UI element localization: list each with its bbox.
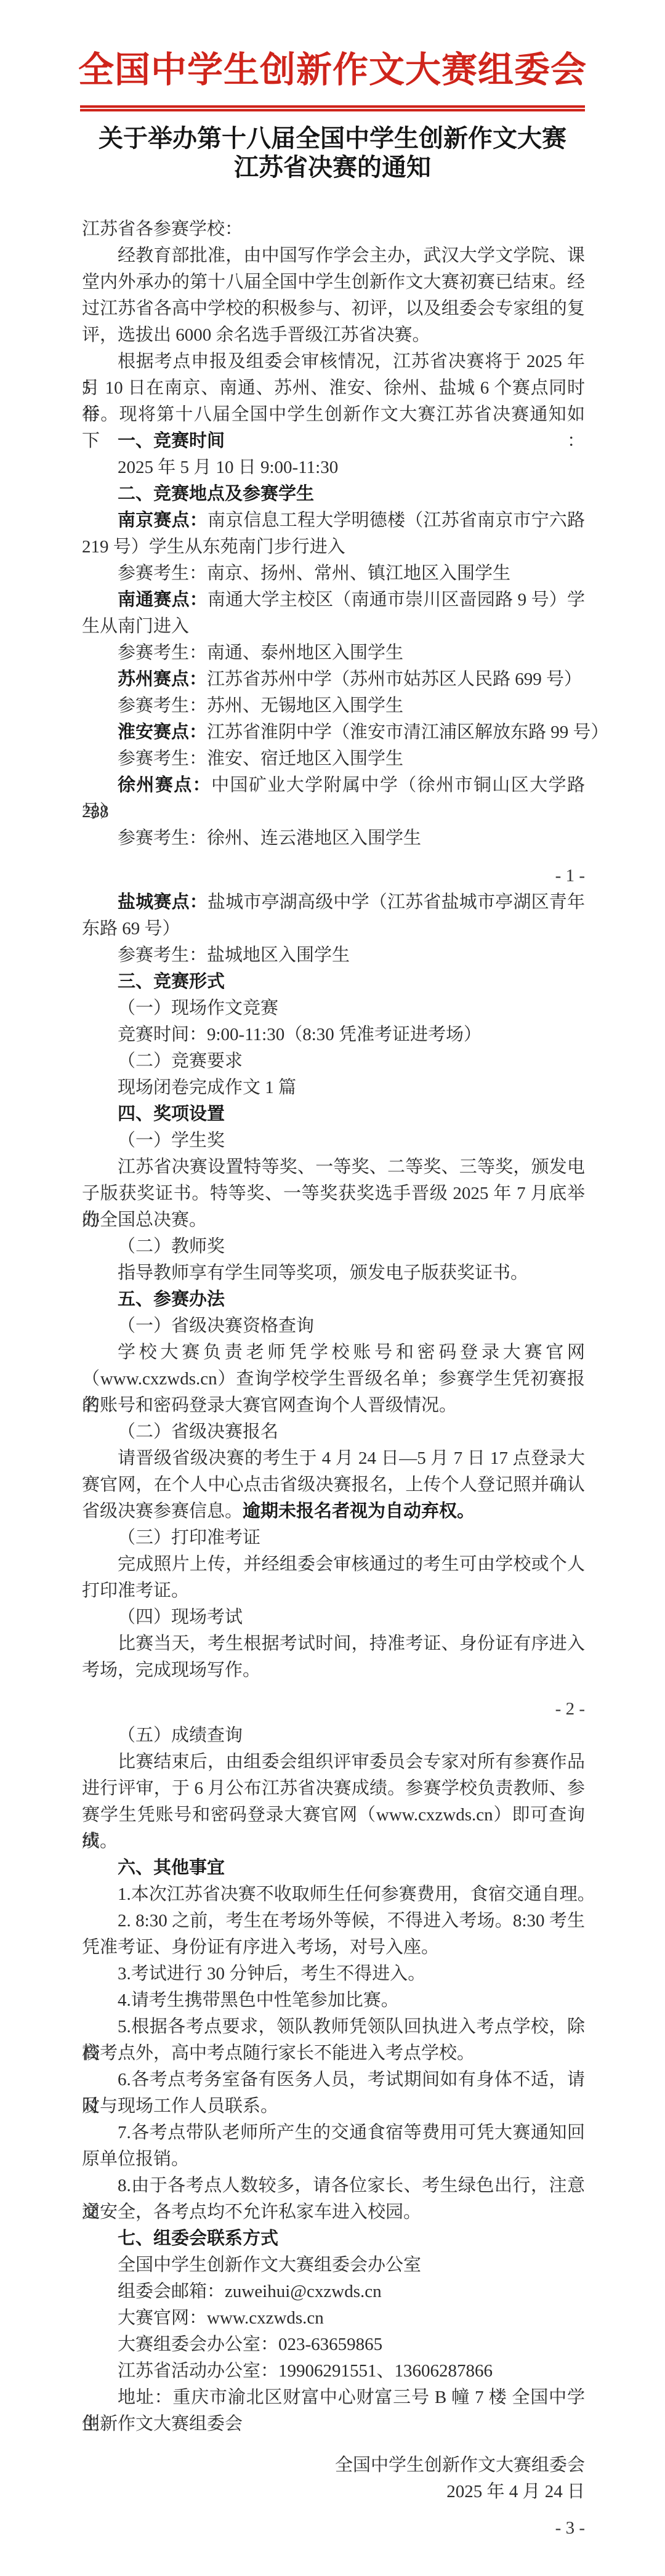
text-line: 江苏省决赛设置特等奖、一等奖、二等奖、三等奖，颁发电 (82, 1154, 585, 1181)
text-run: 1.本次江苏省决赛不收取师生任何参赛费用，食宿交通自理。 (118, 1884, 595, 1904)
text-run: - 2 - (555, 1699, 585, 1719)
text-line: 赛官网，在个人中心点击省级决赛报名，上传个人登记照并确认 (82, 1472, 585, 1498)
text-line: 大赛官网：www.cxzwds.cn (82, 2305, 585, 2332)
text-line: 比赛结束后，由组委会组织评审委员会专家对所有参赛作品 (82, 1749, 585, 1775)
text-line: 淮安赛点：江苏省淮阴中学（淮安市清江浦区解放东路 99 号） (82, 719, 585, 746)
bold-run: 苏州赛点： (118, 669, 207, 689)
text-run: 大赛组委会办公室：023-63659865 (118, 2335, 382, 2354)
text-run: 参赛考生：南通、泰州地区入围学生 (118, 643, 403, 663)
text-line: 通安全，各考点均不允许私家车进入校园。 (82, 2199, 585, 2226)
text-run: - 3 - (555, 2518, 585, 2538)
text-line: 现场闭卷完成作文 1 篇 (82, 1075, 585, 1101)
text-line: 省级决赛参赛信息。逾期未报名者视为自动弃权。 (82, 1498, 585, 1525)
text-run: 南通大学主校区（南通市崇川区啬园路 9 号）学 (208, 590, 585, 610)
text-run: - 1 - (555, 866, 585, 886)
text-line: 1.本次江苏省决赛不收取师生任何参赛费用，食宿交通自理。 (82, 1881, 585, 1908)
text-run: 大赛官网：www.cxzwds.cn (118, 2308, 324, 2328)
text-line: 的全国总决赛。 (82, 1207, 585, 1233)
text-run: 参赛考生：南京、扬州、常州、镇江地区入围学生 (118, 563, 510, 583)
text-line: 根据考点申报及组委会审核情况，江苏省决赛将于 2025 年 5 (82, 349, 585, 375)
text-run: 参赛考生：盐城地区入围学生 (118, 945, 350, 965)
text-run: 的全国总决赛。 (82, 1210, 207, 1230)
bold-run: 盐城赛点： (118, 892, 208, 912)
bold-run: 逾期未报名者视为自动弃权。 (243, 1501, 475, 1521)
text-line: （五）成绩查询 (82, 1722, 585, 1749)
notice-title: 关于举办第十八届全国中学生创新作文大赛 江苏省决赛的通知 (0, 124, 665, 182)
text-line: （二）教师奖 (82, 1233, 585, 1260)
signature-line: 全国中学生创新作文大赛组委会 (82, 2452, 585, 2479)
text-line: 5.根据各考点要求，领队教师凭领队回执进入考点学校，除高 (82, 2014, 585, 2040)
text-line: 经教育部批准，由中国写作学会主办，武汉大学文学院、课 (82, 243, 585, 269)
page-number: - 2 - (82, 1696, 585, 1722)
text-line: （四）现场考试 (82, 1604, 585, 1631)
text-run: 东路 69 号） (82, 919, 180, 939)
text-line: 2. 8:30 之前，考生在考场外等候，不得进入考场。8:30 考生 (82, 1908, 585, 1934)
document-body: 江苏省各参赛学校：经教育部批准，由中国写作学会主办，武汉大学文学院、课堂内外承办… (0, 216, 665, 2542)
text-line: 进行评审，于 6 月公布江苏省决赛成绩。参赛学校负责教师、参 (82, 1775, 585, 1802)
text-run: 号） (82, 802, 118, 822)
text-line: 请晋级省级决赛的考生于 4 月 24 日—5 月 7 日 17 点登录大 (82, 1445, 585, 1472)
section-heading: 七、组委会联系方式 (82, 2226, 585, 2252)
text-line: 参赛考生：徐州、连云港地区入围学生 (82, 825, 585, 852)
text-run: 南京信息工程大学明德楼（江苏省南京市宁六路 (208, 511, 585, 530)
text-run: 江苏省各参赛学校： (82, 219, 243, 239)
text-run: 通安全，各考点均不允许私家车进入校园。 (82, 2202, 421, 2222)
text-run: 竞赛时间：9:00-11:30（8:30 凭准考证进考场） (118, 1025, 482, 1044)
text-run: 评，选拔出 6000 余名选手晋级江苏省决赛。 (82, 325, 430, 345)
text-line: 考场，完成现场写作。 (82, 1657, 585, 1684)
text-line: 行。现将第十八届全国中学生创新作文大赛江苏省决赛通知如下： (82, 402, 585, 428)
text-line: 子版获奖证书。特等奖、一等奖获奖选手晋级 2025 年 7 月底举办 (82, 1181, 585, 1207)
text-run: 堂内外承办的第十八届全国中学生创新作文大赛初赛已结束。经 (82, 272, 585, 292)
text-run: 全国中学生创新作文大赛组委会 (335, 2455, 585, 2475)
text-line: 指导教师享有学生同等奖项，颁发电子版获奖证书。 (82, 1260, 585, 1286)
section-heading: 三、竞赛形式 (82, 969, 585, 995)
text-run: 3.考试进行 30 分钟后，考生不得进入。 (118, 1964, 425, 1984)
notice-title-line1: 关于举办第十八届全国中学生创新作文大赛 (0, 124, 665, 153)
text-run: （二）省级决赛报名 (118, 1422, 278, 1442)
text-line: 的账号和密码登录大赛官网查询个人晋级情况。 (82, 1392, 585, 1419)
text-line: 参赛考生：南京、扬州、常州、镇江地区入围学生 (82, 560, 585, 587)
section-heading: 五、参赛办法 (82, 1286, 585, 1313)
text-run: （二）教师奖 (118, 1237, 225, 1256)
text-run: 创新作文大赛组委会 (82, 2414, 243, 2434)
text-run: 2. 8:30 之前，考生在考场外等候，不得进入考场。8:30 考生 (118, 1911, 585, 1931)
document-page: 全国中学生创新作文大赛组委会 关于举办第十八届全国中学生创新作文大赛 江苏省决赛… (0, 0, 665, 2576)
text-line: 评，选拔出 6000 余名选手晋级江苏省决赛。 (82, 322, 585, 349)
text-run: 校考点外，高中考点随行家长不能进入考点学校。 (82, 2043, 475, 2063)
signature-line: 2025 年 4 月 24 日 (82, 2479, 585, 2505)
text-run: 全国中学生创新作文大赛组委会办公室 (118, 2255, 421, 2275)
text-line: 比赛当天，考生根据考试时间，持准考证、身份证有序进入 (82, 1631, 585, 1657)
text-line: 校考点外，高中考点随行家长不能进入考点学校。 (82, 2040, 585, 2067)
text-run: 过江苏省各高中学校的积极参与、初评，以及组委会专家组的复 (82, 299, 585, 318)
text-run: （四）现场考试 (118, 1607, 243, 1627)
text-line: 参赛考生：盐城地区入围学生 (82, 942, 585, 969)
text-run: 组委会邮箱：zuweihui@cxzwds.cn (118, 2282, 382, 2301)
text-line: 时与现场工作人员联系。 (82, 2093, 585, 2120)
text-line: （www.cxzwds.cn）查询学校学生晋级名单；参赛学生凭初赛报名 (82, 1366, 585, 1392)
text-line: 8.由于各考点人数较多，请各位家长、考生绿色出行，注意交 (82, 2173, 585, 2199)
text-run: （二）竞赛要求 (118, 1051, 243, 1071)
bold-run: 南通赛点： (118, 590, 208, 610)
text-run: 2025 年 4 月 24 日 (446, 2482, 585, 2501)
red-divider (80, 105, 585, 111)
text-line: （一）现场作文竞赛 (82, 995, 585, 1022)
text-run: 经教育部批准，由中国写作学会主办，武汉大学文学院、课 (118, 246, 585, 265)
text-run: 进行评审，于 6 月公布江苏省决赛成绩。参赛学校负责教师、参 (82, 1779, 585, 1798)
page-number: - 1 - (82, 863, 585, 889)
text-run: （一）省级决赛资格查询 (118, 1316, 314, 1336)
text-line: 苏州赛点：江苏省苏州中学（苏州市姑苏区人民路 699 号） (82, 666, 585, 693)
text-line: 219 号）学生从东苑南门步行进入 (82, 534, 585, 560)
text-line: 完成照片上传，并经组委会审核通过的考生可由学校或个人 (82, 1551, 585, 1578)
text-run: 参赛考生：徐州、连云港地区入围学生 (118, 828, 421, 848)
text-run: 四、奖项设置 (118, 1104, 225, 1124)
text-run: 指导教师享有学生同等奖项，颁发电子版获奖证书。 (118, 1263, 528, 1283)
text-run: 省级决赛参赛信息。 (82, 1501, 243, 1521)
text-line: 堂内外承办的第十八届全国中学生创新作文大赛初赛已结束。经 (82, 269, 585, 296)
text-run: 比赛结束后，由组委会组织评审委员会专家对所有参赛作品 (118, 1752, 585, 1772)
text-run: 七、组委会联系方式 (118, 2229, 278, 2248)
section-heading: 四、奖项设置 (82, 1101, 585, 1128)
section-heading: 六、其他事宜 (82, 1855, 585, 1881)
bold-run: 徐州赛点： (118, 775, 211, 795)
text-line: 生从南门进入 (82, 613, 585, 640)
text-line: 江苏省各参赛学校： (82, 216, 585, 243)
text-line: 绩。 (82, 1828, 585, 1855)
text-line: 徐州赛点：中国矿业大学附属中学（徐州市铜山区大学路 288 (82, 772, 585, 799)
text-line: 参赛考生：淮安、宿迁地区入围学生 (82, 746, 585, 772)
text-run: 三、竞赛形式 (118, 972, 225, 991)
text-line: 4.请考生携带黑色中性笔参加比赛。 (82, 1987, 585, 2014)
text-line: 参赛考生：苏州、无锡地区入围学生 (82, 693, 585, 719)
text-run: 绩。 (82, 1831, 118, 1851)
text-run: 学校大赛负责老师凭学校账号和密码登录大赛官网 (118, 1343, 585, 1362)
notice-title-line2: 江苏省决赛的通知 (0, 153, 665, 182)
text-run: 盐城市亭湖高级中学（江苏省盐城市亭湖区青年 (208, 892, 585, 912)
page-number: - 3 - (82, 2515, 585, 2542)
text-run: 完成照片上传，并经组委会审核通过的考生可由学校或个人 (118, 1554, 585, 1574)
text-line: 南通赛点：南通大学主校区（南通市崇川区啬园路 9 号）学 (82, 587, 585, 613)
text-line: 地址：重庆市渝北区财富中心财富三号 B 幢 7 楼 全国中学生 (82, 2384, 585, 2411)
text-run: 比赛当天，考生根据考试时间，持准考证、身份证有序进入 (118, 1634, 585, 1653)
text-run: 打印准考证。 (82, 1581, 189, 1601)
text-run: 江苏省苏州中学（苏州市姑苏区人民路 699 号） (207, 669, 582, 689)
text-line: 6.各考点考务室备有医务人员，考试期间如有身体不适，请及 (82, 2067, 585, 2093)
text-run: 请晋级省级决赛的考生于 4 月 24 日—5 月 7 日 17 点登录大 (118, 1448, 585, 1468)
text-line: （一）学生奖 (82, 1128, 585, 1154)
bold-run: 淮安赛点： (118, 722, 207, 742)
text-run: 赛官网，在个人中心点击省级决赛报名，上传个人登记照并确认 (82, 1475, 585, 1495)
text-run: （一）学生奖 (118, 1131, 225, 1150)
text-run: 生从南门进入 (82, 616, 189, 636)
text-run: 2025 年 5 月 10 日 9:00-11:30 (118, 458, 338, 477)
text-run: 江苏省决赛设置特等奖、一等奖、二等奖、三等奖，颁发电 (118, 1157, 585, 1177)
text-run: 7.各考点带队老师所产生的交通食宿等费用可凭大赛通知回 (118, 2123, 585, 2142)
text-run: 参赛考生：苏州、无锡地区入围学生 (118, 696, 403, 716)
text-line: 创新作文大赛组委会 (82, 2411, 585, 2437)
text-line: 3.考试进行 30 分钟后，考生不得进入。 (82, 1961, 585, 1987)
text-run: 219 号）学生从东苑南门步行进入 (82, 537, 345, 557)
text-line: 学校大赛负责老师凭学校账号和密码登录大赛官网 (82, 1339, 585, 1366)
text-line: 原单位报销。 (82, 2146, 585, 2173)
text-line: 号） (82, 799, 585, 825)
text-run: 4.请考生携带黑色中性笔参加比赛。 (118, 1990, 399, 2010)
text-line: （二）竞赛要求 (82, 1048, 585, 1075)
text-line: 盐城赛点：盐城市亭湖高级中学（江苏省盐城市亭湖区青年 (82, 889, 585, 916)
text-line: 7.各考点带队老师所产生的交通食宿等费用可凭大赛通知回 (82, 2120, 585, 2146)
text-line: （二）省级决赛报名 (82, 1419, 585, 1445)
text-run: 参赛考生：淮安、宿迁地区入围学生 (118, 749, 403, 769)
text-run: 江苏省活动办公室：19906291551、13606287866 (118, 2361, 493, 2381)
text-run: 现场闭卷完成作文 1 篇 (118, 1078, 296, 1097)
text-run: 凭准考证、身份证有序进入考场，对号入座。 (82, 1937, 439, 1957)
letterhead-org-title: 全国中学生创新作文大赛组委会 (0, 0, 665, 90)
text-run: 时与现场工作人员联系。 (82, 2096, 278, 2116)
bold-run: 南京赛点： (118, 511, 208, 530)
text-line: 参赛考生：南通、泰州地区入围学生 (82, 640, 585, 666)
text-line: （一）省级决赛资格查询 (82, 1313, 585, 1339)
text-line: 打印准考证。 (82, 1578, 585, 1604)
text-run: 原单位报销。 (82, 2149, 189, 2169)
text-line: 江苏省活动办公室：19906291551、13606287866 (82, 2358, 585, 2384)
text-run: 一、竞赛时间 (118, 431, 225, 451)
text-line: 月 10 日在南京、南通、苏州、淮安、徐州、盐城 6 个赛点同时举 (82, 375, 585, 402)
text-run: 六、其他事宜 (118, 1858, 225, 1878)
text-run: 二、竞赛地点及参赛学生 (118, 484, 314, 504)
text-run: 五、参赛办法 (118, 1290, 225, 1309)
text-run: （三）打印准考证 (118, 1528, 260, 1548)
text-line: （三）打印准考证 (82, 1525, 585, 1551)
text-line: 过江苏省各高中学校的积极参与、初评，以及组委会专家组的复 (82, 296, 585, 322)
text-line: 竞赛时间：9:00-11:30（8:30 凭准考证进考场） (82, 1022, 585, 1048)
text-run: （一）现场作文竞赛 (118, 998, 278, 1018)
text-line: 2025 年 5 月 10 日 9:00-11:30 (82, 454, 585, 481)
text-run: 考场，完成现场写作。 (82, 1660, 260, 1680)
section-heading: 一、竞赛时间 (82, 428, 585, 454)
text-run: （五）成绩查询 (118, 1726, 243, 1745)
section-heading: 二、竞赛地点及参赛学生 (82, 481, 585, 507)
text-line: 凭准考证、身份证有序进入考场，对号入座。 (82, 1934, 585, 1961)
text-line: 东路 69 号） (82, 916, 585, 942)
text-line: 全国中学生创新作文大赛组委会办公室 (82, 2252, 585, 2279)
text-run: 江苏省淮阴中学（淮安市清江浦区解放东路 99 号） (207, 722, 609, 742)
text-line: 南京赛点：南京信息工程大学明德楼（江苏省南京市宁六路 (82, 507, 585, 534)
text-line: 组委会邮箱：zuweihui@cxzwds.cn (82, 2279, 585, 2305)
text-line: 大赛组委会办公室：023-63659865 (82, 2332, 585, 2358)
text-run: 的账号和密码登录大赛官网查询个人晋级情况。 (82, 1395, 457, 1415)
text-line: 赛学生凭账号和密码登录大赛官网（www.cxzwds.cn）即可查询成 (82, 1802, 585, 1828)
